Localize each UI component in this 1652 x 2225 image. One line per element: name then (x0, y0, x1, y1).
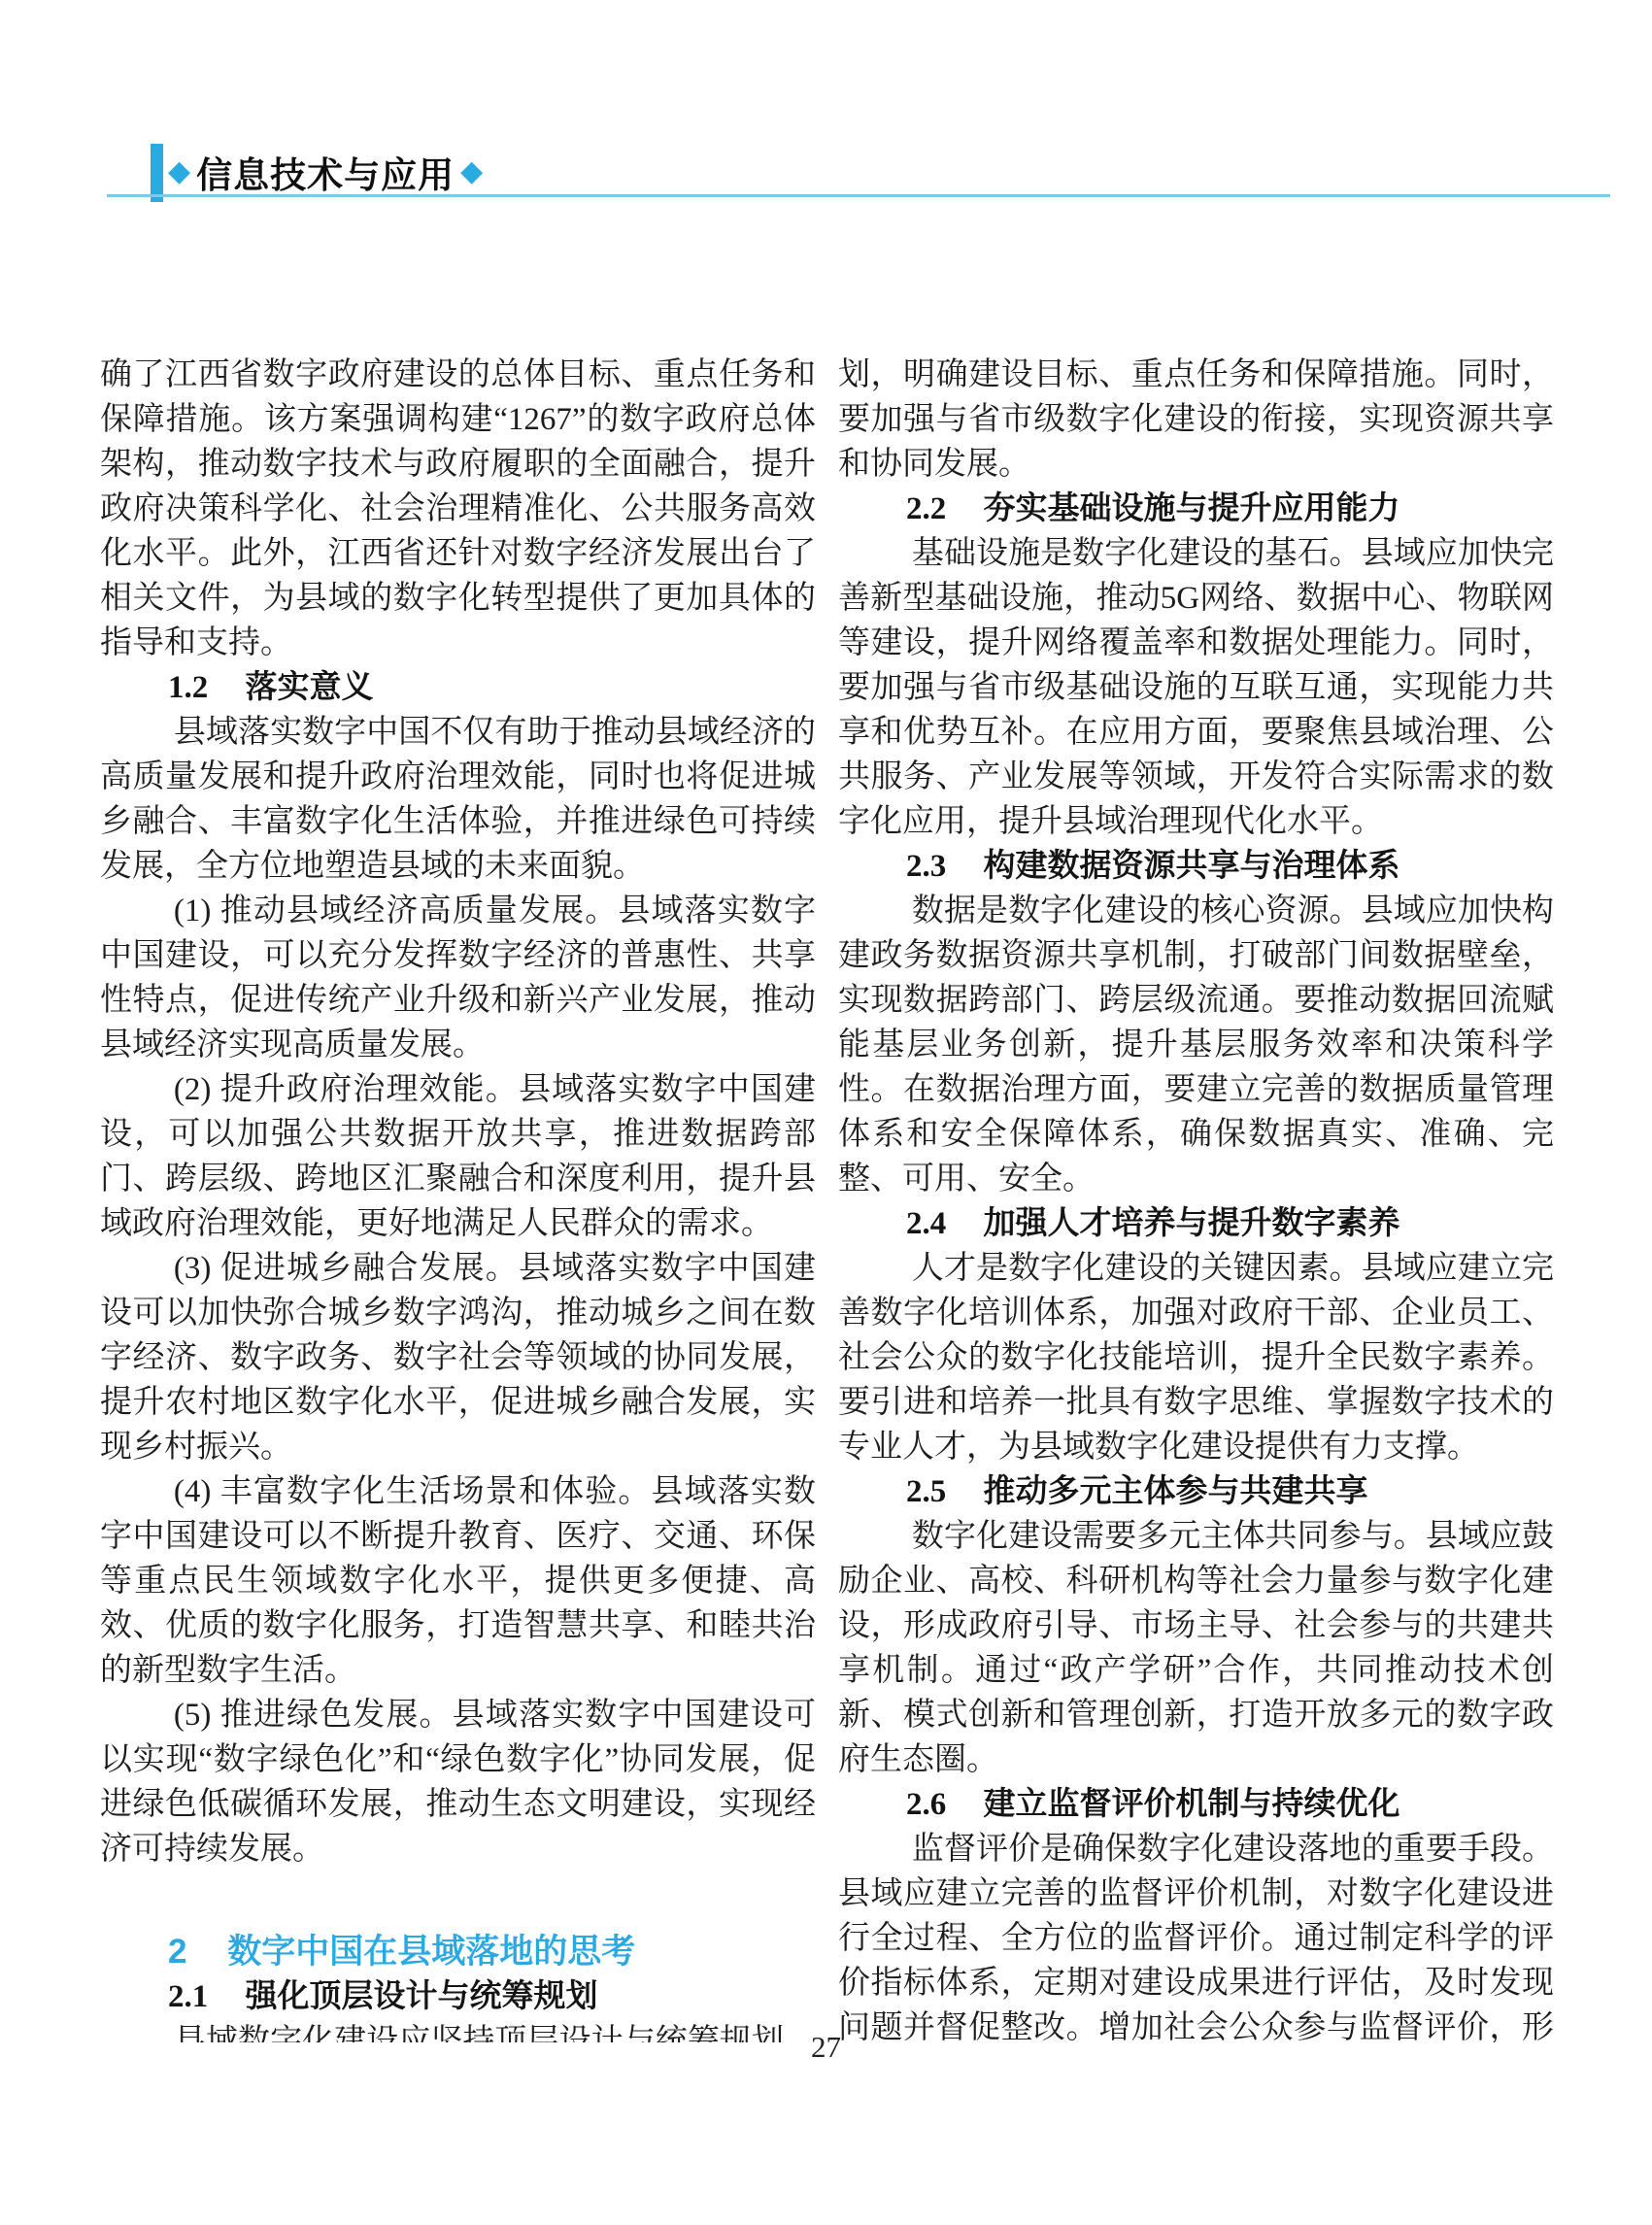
paragraph-2-6: 监督评价是确保数字化建设落地的重要手段。县域应建立完善的监督评价机制，对数字化建… (838, 1827, 1554, 2042)
paragraph-point-5: (5) 推进绿色发展。县域落实数字中国建设可以实现“数字绿色化”和“绿色数字化”… (100, 1693, 816, 1871)
paragraph-point-1: (1) 推动县域经济高质量发展。县域落实数字中国建设，可以充分发挥数字经济的普惠… (100, 889, 816, 1067)
heading-number: 2.2 (906, 491, 946, 526)
diamond-icon: ◆ (168, 157, 190, 186)
heading-number: 1.2 (168, 670, 208, 705)
header-rule (107, 194, 1610, 197)
document-page: ◆ 信息技术与应用 ◆ 确了江西省数字政府建设的总体目标、重点任务和保障措施。该… (0, 0, 1652, 2225)
subsection-heading-2-2: 2.2 夯实基础设施与提升应用能力 (838, 487, 1554, 531)
heading-number: 2.6 (906, 1787, 946, 1822)
heading-number: 2.1 (168, 1979, 208, 2014)
paragraph-point-4: (4) 丰富数字化生活场景和体验。县域落实数字中国建设可以不断提升教育、医疗、交… (100, 1469, 816, 1693)
heading-title: 加强人才培养与提升数字素养 (984, 1206, 1400, 1241)
subsection-heading-2-6: 2.6 建立监督评价机制与持续优化 (838, 1782, 1554, 1827)
heading-title: 落实意义 (246, 670, 374, 705)
heading-number: 2.5 (906, 1474, 946, 1509)
heading-title: 夯实基础设施与提升应用能力 (984, 491, 1400, 526)
paragraph-2-3: 数据是数字化建设的核心资源。县域应加快构建政务数据资源共享机制，打破部门间数据壁… (838, 889, 1554, 1201)
subsection-heading-2-3: 2.3 构建数据资源共享与治理体系 (838, 844, 1554, 889)
heading-title: 数字中国在县域落地的思考 (227, 1933, 635, 1971)
paragraph-2-2: 基础设施是数字化建设的基石。县域应加快完善新型基础设施，推动5G网络、数据中心、… (838, 531, 1554, 844)
header-accent-bar (151, 144, 163, 202)
heading-number: 2.4 (906, 1206, 946, 1241)
subsection-heading-2-5: 2.5 推动多元主体参与共建共享 (838, 1469, 1554, 1514)
heading-title: 建立监督评价机制与持续优化 (984, 1787, 1400, 1822)
subsection-heading-2-1: 2.1 强化顶层设计与统筹规划 (100, 1974, 816, 2019)
paragraph-point-3: (3) 促进城乡融合发展。县域落实数字中国建设可以加快弥合城乡数字鸿沟，推动城乡… (100, 1246, 816, 1469)
page-number: 27 (0, 2030, 1652, 2065)
paragraph-intro-continuation: 确了江西省数字政府建设的总体目标、重点任务和保障措施。该方案强调构建“1267”… (100, 353, 816, 665)
right-column: 划，明确建设目标、重点任务和保障措施。同时，要加强与省市级数字化建设的衔接，实现… (838, 353, 1554, 2042)
heading-title: 推动多元主体参与共建共享 (984, 1474, 1368, 1509)
paragraph-point-2: (2) 提升政府治理效能。县域落实数字中国建设，可以加强公共数据开放共享，推进数… (100, 1067, 816, 1246)
journal-column-title: 信息技术与应用 (196, 146, 455, 198)
heading-title: 强化顶层设计与统筹规划 (246, 1979, 598, 2014)
paragraph-2-1-continuation: 划，明确建设目标、重点任务和保障措施。同时，要加强与省市级数字化建设的衔接，实现… (838, 353, 1554, 487)
subsection-heading-1-2: 1.2 落实意义 (100, 665, 816, 710)
page-header: ◆ 信息技术与应用 ◆ (168, 148, 483, 196)
heading-title: 构建数据资源共享与治理体系 (984, 849, 1400, 884)
heading-number: 2.3 (906, 849, 946, 884)
paragraph-2-5: 数字化建设需要多元主体共同参与。县域应鼓励企业、高校、科研机构等社会力量参与数字… (838, 1514, 1554, 1782)
section-heading-2: 2 数字中国在县域落地的思考 (100, 1930, 816, 1974)
paragraph-significance: 县域落实数字中国不仅有助于推动县域经济的高质量发展和提升政府治理效能，同时也将促… (100, 710, 816, 889)
diamond-icon: ◆ (460, 157, 483, 186)
subsection-heading-2-4: 2.4 加强人才培养与提升数字素养 (838, 1201, 1554, 1246)
paragraph-2-4: 人才是数字化建设的关键因素。县域应建立完善数字化培训体系，加强对政府干部、企业员… (838, 1246, 1554, 1469)
heading-number: 2 (168, 1933, 186, 1971)
left-column: 确了江西省数字政府建设的总体目标、重点任务和保障措施。该方案强调构建“1267”… (100, 353, 816, 2042)
